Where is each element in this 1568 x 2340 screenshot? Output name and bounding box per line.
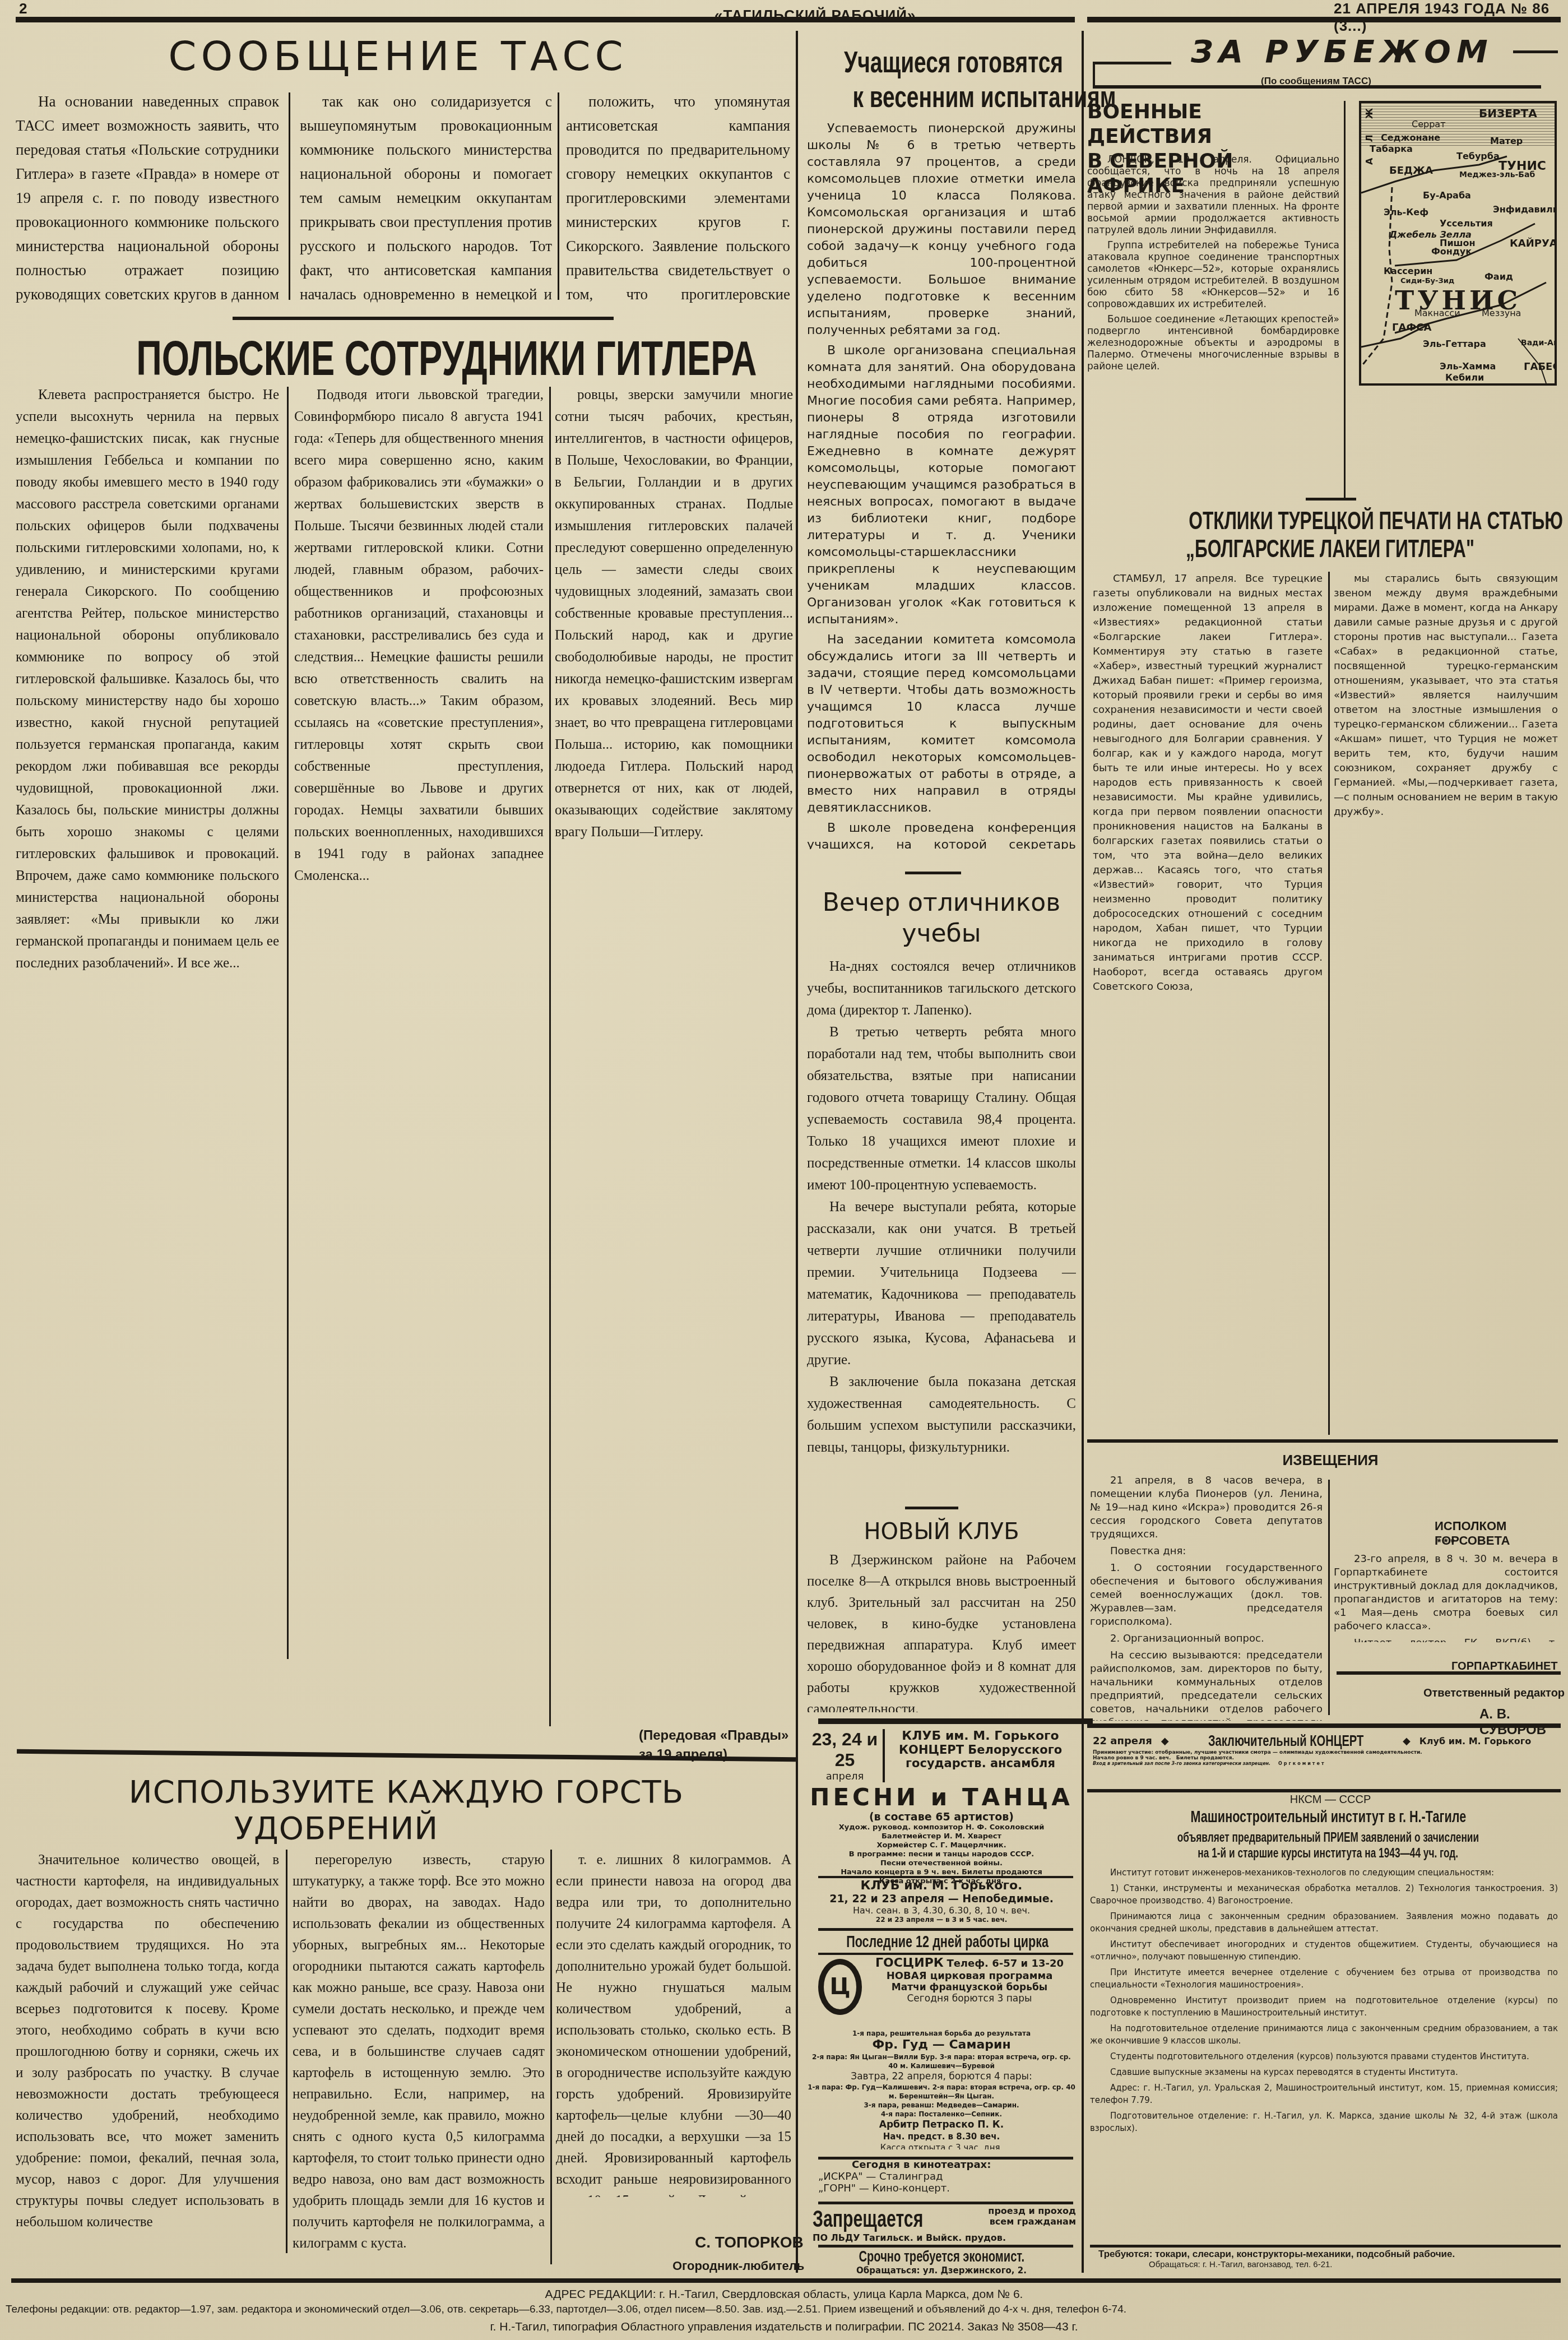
- polish-col-2: Подводя итоги львовской трагедии, Совинф…: [294, 384, 544, 1723]
- column-divider: [286, 1850, 287, 2253]
- fertilizer-col-3: т. е. лишних 8 килограммов. А если прине…: [556, 1850, 791, 2197]
- concert-line1: КОНЦЕРТ Белорусского: [885, 1743, 1076, 1757]
- fertilizer-col-1: Значительное количество овощей, в частно…: [16, 1850, 279, 2253]
- new-club-body: В Дзержинском районе на Рабочем поселке …: [807, 1550, 1076, 1712]
- column-divider: [796, 31, 798, 2273]
- circus-header: Последние 12 дней работы цирка: [807, 1933, 1076, 1952]
- turkish-press-col-2: мы старались быть связующим звеном между…: [1334, 572, 1558, 1435]
- footer-rule: [11, 2278, 1561, 2283]
- separator-rule: [233, 317, 614, 320]
- students-title-line2: к весенним испытаниям: [852, 80, 1116, 114]
- final-concert-ad: 22 апреля ◆ Заключительный КОНЦЕРТ ◆ Клу…: [1093, 1732, 1564, 1777]
- concert-month: апреля: [807, 1771, 883, 1782]
- tass-title: СООБЩЕНИЕ ТАСС: [50, 33, 745, 80]
- fertilizer-author: С. ТОПОРКОВ: [695, 2234, 804, 2251]
- separator-rule: [818, 1928, 1073, 1931]
- new-club-title: НОВЫЙ КЛУБ: [801, 1519, 1082, 1545]
- circus-ad-details: 1-я пара, решительная борьба до результа…: [807, 2029, 1076, 2149]
- separator-rule: [818, 1718, 1093, 1724]
- excellent-body: На-днях состоялся вечер отличников учебы…: [807, 956, 1076, 1502]
- section-frame-dash-right: [1513, 50, 1558, 53]
- tass-col-1: На основании наведенных справок ТАСС име…: [16, 90, 279, 303]
- cinemas-ad: Сегодня в кинотеатрах: „ИСКРА" — Сталинг…: [807, 2159, 1076, 2198]
- column-divider: [287, 387, 289, 1659]
- page-number: 2: [19, 0, 27, 17]
- economist-ad: Срочно требуется экономист. Обращаться: …: [807, 2248, 1076, 2278]
- fertilizer-title-line1: ИСПОЛЬЗУИТЕ КАЖДУЮ ГОРСТЬ: [84, 1774, 729, 1810]
- fertilizer-title-line2: УДОБРЕНИЙ: [84, 1810, 588, 1847]
- abroad-source: (По сообщениям ТАСС): [1261, 76, 1371, 87]
- section-frame-left: [1093, 64, 1095, 87]
- institute-title-wrap: Машиностроительный институт в г. Н.-Таги…: [1093, 1808, 1564, 1827]
- abroad-title: ЗА РУБЕЖОМ: [1191, 34, 1493, 70]
- masthead-rule-right: [1087, 17, 1561, 22]
- polish-col-1: Клевета распространяется быстро. Не успе…: [16, 384, 279, 1662]
- separator-rule: [1090, 2245, 1561, 2248]
- students-title-wrap: Учащиеся готовятся к весенним испытаниям: [801, 45, 1082, 114]
- separator-rule: [818, 1876, 1073, 1878]
- institute-announce: объявляет предварительный ПРИЕМ заявлени…: [1093, 1830, 1564, 1861]
- separator-rule: [1337, 1671, 1561, 1675]
- separator-rule: [1087, 1723, 1561, 1728]
- separator-rule: [1087, 1439, 1558, 1443]
- diamond-icon: ◆: [1161, 1735, 1169, 1747]
- fertilizer-author-role: Огородник-любитель: [672, 2259, 804, 2273]
- circus-logo: Ц: [818, 1959, 862, 2015]
- ice-ban-ad: Запрещается проезд и проход всем граждан…: [813, 2205, 1076, 2245]
- concert-club: КЛУБ им. М. Горького: [885, 1729, 1076, 1743]
- concert-dates: 23, 24 и 25: [807, 1729, 883, 1771]
- column-divider: [289, 92, 290, 300]
- editor-label: Ответственный редактор: [1423, 1687, 1565, 1700]
- column-divider: [549, 387, 551, 1726]
- turkish-press-title: ОТКЛИКИ ТУРЕЦКОЙ ПЕЧАТИ НА СТАТЬЮ „ИЗВЕС…: [1093, 507, 1568, 563]
- column-divider: [1328, 1480, 1330, 1715]
- separator-rule: [1087, 1789, 1561, 1792]
- concert-line2: государств. ансамбля: [885, 1757, 1076, 1770]
- circus-ad: ГОСЦИРК Телеф. 6-57 и 13-20 НОВАЯ цирков…: [863, 1956, 1076, 2029]
- polish-collaborators-title: ПОЛЬСКИЕ СОТРУДНИКИ ГИТЛЕРА: [136, 330, 757, 387]
- section-frame-dash-left: [1093, 62, 1171, 64]
- concert-big-title: ПЕСНИ и ТАНЦА: [807, 1783, 1076, 1811]
- institute-org: НКСМ — СССР: [1093, 1794, 1568, 1806]
- concert-composition: (в составе 65 артистов): [807, 1811, 1076, 1823]
- tunisia-map: БИЗЕРТА Серрат Седжонане Табарка Матер Т…: [1359, 101, 1557, 386]
- notices-separator: * * *: [1334, 1537, 1558, 1549]
- excellent-title-line1: Вечер отличников: [801, 888, 1082, 917]
- map-lines-icon: [1361, 103, 1555, 383]
- masthead-rule-left: [16, 17, 1075, 22]
- polish-col-3: ровцы, зверски замучили многие сотни тыс…: [555, 384, 793, 1656]
- column-divider: [550, 1850, 552, 2264]
- footer-address: АДРЕС РЕДАКЦИИ: г. Н.-Тагил, Свердловска…: [0, 2288, 1568, 2301]
- separator-rule: [905, 872, 961, 874]
- column-divider: [1082, 31, 1084, 2273]
- institute-body: Институт готовит инженеров-механиков-тех…: [1090, 1866, 1558, 2191]
- footer-printing: г. Н.-Тагил, типография Областного управ…: [0, 2320, 1568, 2334]
- students-body: Успеваемость пионерской дружины школы № …: [807, 121, 1076, 849]
- separator-rule: [818, 1953, 1073, 1955]
- circus-logo-icon: Ц: [829, 1974, 850, 2000]
- workers-wanted-ad: Требуются: токари, слесари, конструкторы…: [1098, 2249, 1558, 2269]
- students-title-line1: Учащиеся готовятся: [844, 45, 1063, 80]
- north-africa-body: ЛОНДОН, 19 апреля. Официально сообщается…: [1087, 154, 1339, 490]
- column-divider: [1344, 101, 1346, 499]
- excellent-title-line2: учебы: [801, 919, 1082, 948]
- session-notice: 21 апреля, в 8 часов вечера, в помещении…: [1090, 1474, 1323, 1721]
- tass-col-2: так как оно солидаризуется с вышеупомяну…: [300, 90, 552, 303]
- column-divider: [558, 92, 559, 300]
- turkish-press-col-1: СТАМБУЛ, 17 апреля. Все турецкие газеты …: [1093, 572, 1323, 1435]
- column-divider: [1328, 572, 1330, 1435]
- lecture-notice: 23-го апреля, в 8 ч. 30 м. вечера в Горп…: [1334, 1553, 1558, 1642]
- notices-title: ИЗВЕЩЕНИЯ: [1093, 1452, 1568, 1469]
- separator-rule: [1306, 498, 1356, 501]
- polish-collaborators-title-wrap: ПОЛЬСКИЕ СОТРУДНИКИ ГИТЛЕРА: [16, 330, 795, 380]
- tass-col-3: положить, что упомянутая антисоветская к…: [566, 90, 790, 303]
- gorky-film-ad: КЛУБ им. М. Горького. 21, 22 и 23 апреля…: [807, 1879, 1076, 1926]
- footer-phones: Телефоны редакции: отв. редактор—1.97, з…: [6, 2304, 1568, 2316]
- diamond-icon: ◆: [1403, 1735, 1411, 1747]
- separator-rule: [905, 1507, 958, 1509]
- fertilizer-col-2: перегорелую известь, старую штукатурку, …: [293, 1850, 545, 2259]
- separator-rule: [818, 2202, 1073, 2204]
